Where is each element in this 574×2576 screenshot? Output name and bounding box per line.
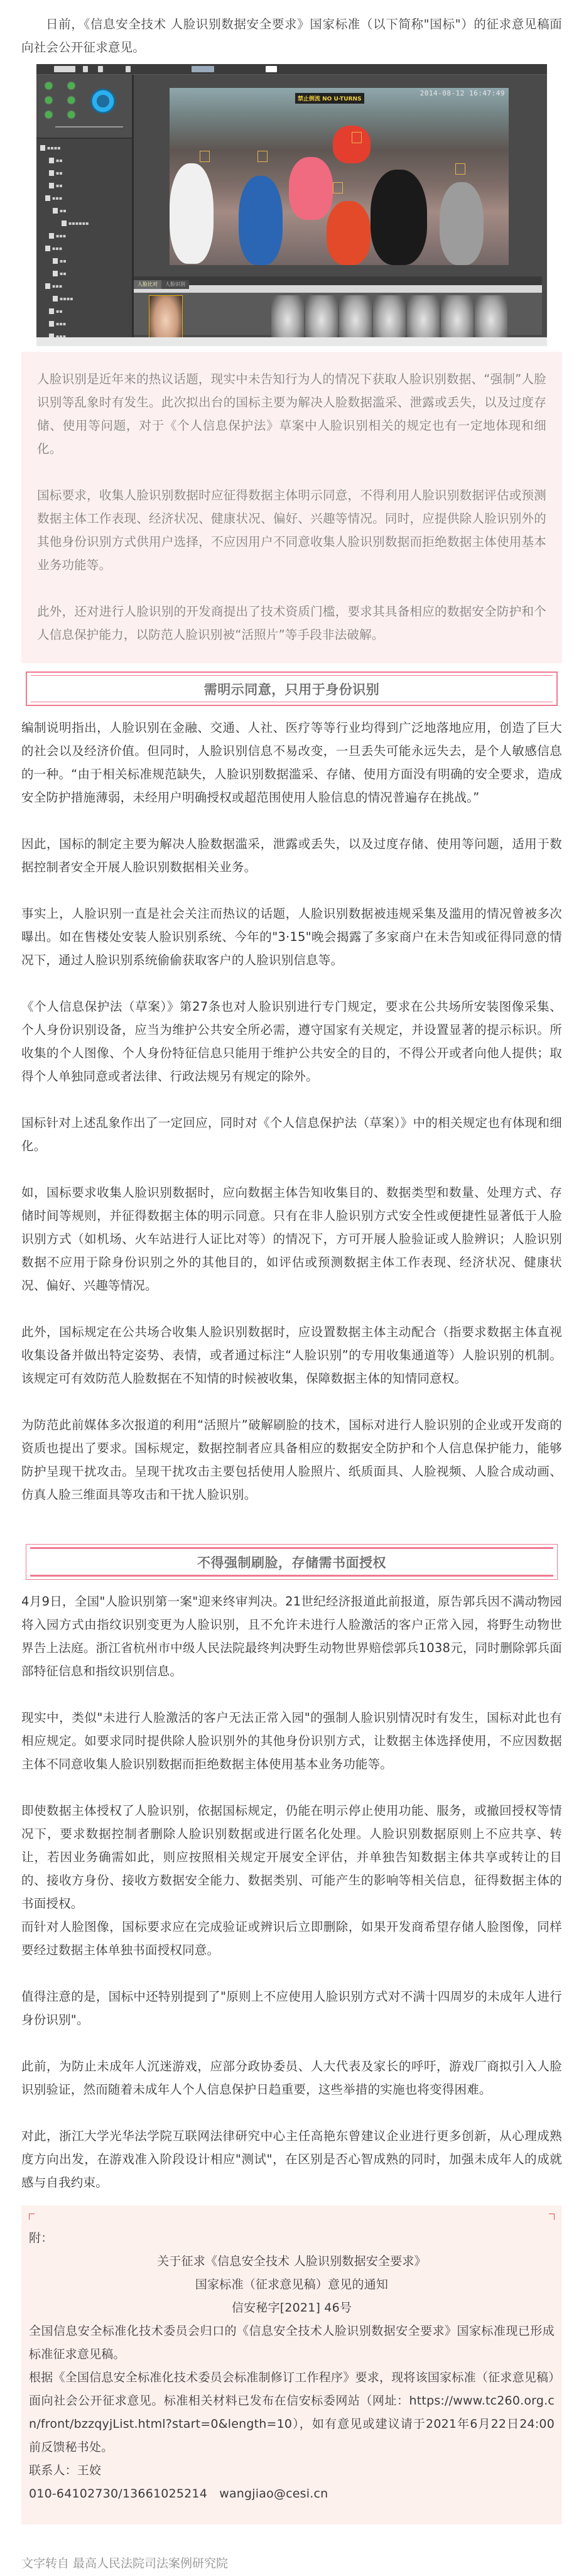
appendix-doc-number: 信安秘字[2021] 46号 (29, 2296, 555, 2320)
ptz-controls (36, 75, 132, 139)
video-timestamp: 2014-08-12 16:47:49 (420, 89, 505, 97)
appendix-paragraph: 全国信息安全标准化技术委员会归口的《信息安全技术人脸识别数据安全要求》国家标准现… (29, 2320, 555, 2366)
appendix-contact-person: 联系人：王姣 (29, 2459, 555, 2482)
body-paragraph: 现实中，类似"未进行人脸激活的客户无法正常入园"的强制人脸识别情况时有发生，国标… (21, 1706, 562, 1776)
body-paragraph: 此前，为防止未成年人沉迷游戏，应部分政协委员、人大代表及家长的呼吁，游戏厂商拟引… (21, 2055, 562, 2101)
figure-statusbar (36, 337, 547, 346)
corner-bracket-icon (29, 2214, 35, 2220)
ptz-joystick-icon (90, 89, 116, 114)
body-paragraph: 编制说明指出，人脸识别在金融、交通、人社、医疗等等行业均得到广泛地落地应用，创造… (21, 716, 562, 809)
surveillance-video: 禁止倒流 NO U-TURNS 2014-08-12 16:47:49 (170, 88, 509, 265)
body-paragraph: 4月9日，全国"人脸识别第一案"迎来终审判决。21世纪经济报道此前报道，原告郭兵… (21, 1590, 562, 1683)
face-recognition-screenshot: ▪▪▪▪ ▪▪ ▪▪ ▪▪ ▪▪▪ ▪▪ ▪▪▪▪▪▪ ▪▪▪ ▪▪▪ ▪▪ ▪… (36, 64, 547, 346)
body-paragraph: 《个人信息保护法（草案）》第27条也对人脸识别进行专门规定，要求在公共场所安装图… (21, 995, 562, 1088)
article: 日前，《信息安全技术 人脸识别数据安全要求》国家标准（以下简称"国标"）的征求意… (21, 13, 562, 2575)
section-heading-consent: 需明示同意，只用于身份识别 (26, 671, 558, 706)
body-paragraph: 即使数据主体授权了人脸识别，依据国标规定，仍能在明示停止使用功能、服务，或撤回授… (21, 1799, 562, 1915)
section-title: 需明示同意，只用于身份识别 (204, 680, 380, 698)
intro-paragraph: 日前，《信息安全技术 人脸识别数据安全要求》国家标准（以下简称"国标"）的征求意… (21, 13, 562, 59)
appendix-title-line2: 国家标准（征求意见稿）意见的通知 (29, 2273, 555, 2296)
body-paragraph: 如，国标要求收集人脸识别数据时，应向数据主体告知收集目的、数据类型和数量、处理方… (21, 1181, 562, 1297)
section-heading-no-forced-scan: 不得强制刷脸，存储需书面授权 (26, 1544, 558, 1580)
source-credit: 文字转自 最高人民法院司法案例研究院 (21, 2552, 562, 2575)
body-paragraph: 事实上，人脸识别一直是社会关注而热议的话题，人脸识别数据被违规采集及滥用的情况曾… (21, 902, 562, 972)
section-title: 不得强制刷脸，存储需书面授权 (197, 1553, 386, 1572)
summary-paragraph: 此外，还对进行人脸识别的开发商提出了技术资质门槛，要求其具备相应的数据安全防护和… (37, 600, 546, 646)
body-paragraph: 而针对人脸图像，国标要求应在完成验证或辨识后立即删除，如果开发商希望存储人脸图像… (21, 1915, 562, 1962)
body-paragraph: 国标针对上述乱象作出了一定回应，同时对《个人信息保护法（草案）》中的相关规定也有… (21, 1111, 562, 1158)
appendix-contact-info: 010-64102730/13661025214 wangjiao@cesi.c… (29, 2482, 555, 2506)
body-paragraph: 值得注意的是，国标中还特别提到了"原则上不应使用人脸识别方式对不满十四周岁的未成… (21, 1985, 562, 2031)
appendix-notice-box: 附： 关于征求《信息安全技术 人脸识别数据安全要求》 国家标准（征求意见稿）意见… (21, 2205, 562, 2524)
summary-box: 人脸识别是近年来的热议话题，现实中未告知行为人的情况下获取人脸识别数据、“强制”… (21, 352, 562, 663)
body-paragraph: 此外，国标规定在公共场合收集人脸识别数据时，应设置数据主体主动配合（指要求数据主… (21, 1320, 562, 1390)
summary-paragraph: 国标要求，收集人脸识别数据时应征得数据主体明示同意，不得利用人脸识别数据评估或预… (37, 484, 546, 577)
appendix-paragraph-with-url: 根据《全国信息安全标准化技术委员会标准制修订工作程序》要求，现将该国家标准（征求… (29, 2366, 555, 2459)
body-paragraph: 为防范此前媒体多次报道的利用“活照片”破解刷脸的技术，国标对进行人脸识别的企业或… (21, 1413, 562, 1506)
appendix-label: 附： (29, 2227, 555, 2250)
recognition-results-panel: 人脸比对人脸识别 (134, 276, 542, 335)
appendix-title-line1: 关于征求《信息安全技术 人脸识别数据安全要求》 (29, 2250, 555, 2273)
body-paragraph: 对此，浙江大学光华法学院互联网法律研究中心主任高艳东曾建议企业进行更多创新，从心… (21, 2124, 562, 2194)
corner-bracket-icon (549, 2214, 555, 2220)
figure-control-panel: ▪▪▪▪ ▪▪ ▪▪ ▪▪ ▪▪▪ ▪▪ ▪▪▪▪▪▪ ▪▪▪ ▪▪▪ ▪▪ ▪… (36, 75, 134, 337)
body-paragraph: 因此，国标的制定主要为解决人脸数据滥采，泄露或丢失，以及过度存储、使用等问题，适… (21, 832, 562, 879)
figure-toolbar (36, 64, 547, 75)
summary-paragraph: 人脸识别是近年来的热议话题，现实中未告知行为人的情况下获取人脸识别数据、“强制”… (37, 367, 546, 460)
video-sign: 禁止倒流 NO U-TURNS (295, 93, 364, 104)
